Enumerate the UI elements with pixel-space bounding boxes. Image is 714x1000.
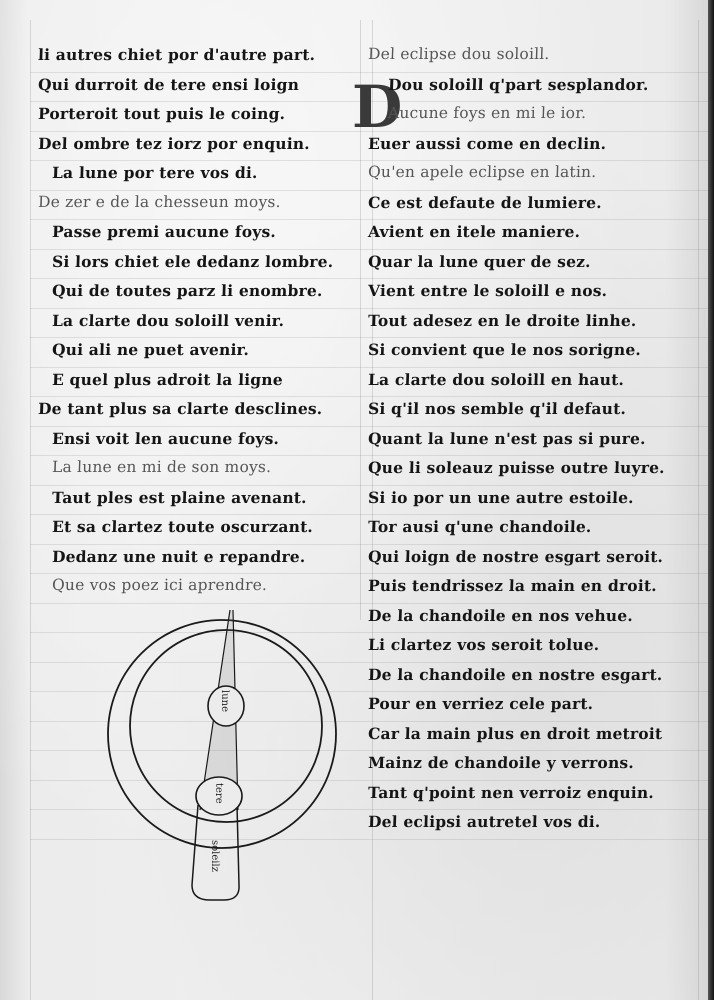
verse-line: La lune por tere vos di.: [37, 158, 378, 188]
verse-line: Puis tendrissez la main en droit.: [367, 571, 708, 601]
verse-line: Tout adesez en le droite linhe.: [367, 306, 708, 336]
verse-line: Tor ausi q'une chandoile.: [367, 512, 708, 542]
verse-line: Passe premi aucune foys.: [37, 217, 378, 247]
verse-line: La clarte dou soloill venir.: [37, 306, 378, 336]
verse-line: Euer aussi come en declin.: [367, 129, 708, 159]
verse-line: Dou soloill q'part sesplandor.: [367, 70, 708, 100]
verse-line: Del eclipsi autretel vos di.: [367, 807, 708, 837]
moon-label: lune: [219, 690, 230, 712]
verse-line: Vient entre le soloill e nos.: [367, 276, 708, 306]
verse-line: Dedanz une nuit e repandre.: [37, 542, 378, 572]
verse-line: Taut ples est plaine avenant.: [37, 483, 378, 513]
verse-line: De tant plus sa clarte desclines.: [37, 394, 378, 424]
margin-line: [30, 20, 31, 1000]
verse-line: Qui durroit de tere ensi loign: [37, 70, 378, 100]
verse-line: De la chandoile en nos vehue.: [367, 601, 708, 631]
page-edge-shadow: [708, 0, 714, 1000]
verse-line: Li clartez vos seroit tolue.: [367, 630, 708, 660]
verse-line: Qui loign de nostre esgart seroit.: [367, 542, 708, 572]
verse-line: De zer e de la chesseun moys.: [37, 188, 378, 218]
verse-line: Si lors chiet ele dedanz lombre.: [37, 247, 378, 277]
verse-line: Si convient que le nos sorigne.: [367, 335, 708, 365]
verse-line: Si io por un une autre estoile.: [367, 483, 708, 513]
verse-line: Et sa clartez toute oscurzant.: [37, 512, 378, 542]
verse-line: Del ombre tez iorz por enquin.: [37, 129, 378, 159]
section-heading: Del eclipse dou soloill.: [367, 40, 708, 70]
verse-line: Qu'en apele eclipse en latin.: [367, 158, 708, 188]
verse-line: Quant la lune n'est pas si pure.: [367, 424, 708, 454]
verse-line: E quel plus adroit la ligne: [37, 365, 378, 395]
verse-line: La lune en mi de son moys.: [37, 453, 378, 483]
verse-line: Pour en verriez cele part.: [367, 689, 708, 719]
verse-line: Mainz de chandoile y verrons.: [367, 748, 708, 778]
verse-line: Que li soleauz puisse outre luyre.: [367, 453, 708, 483]
verse-line: Qui de toutes parz li enombre.: [37, 276, 378, 306]
verse-line: La clarte dou soloill en haut.: [367, 365, 708, 395]
verse-line: Car la main plus en droit metroit: [367, 719, 708, 749]
verse-line: De la chandoile en nostre esgart.: [367, 660, 708, 690]
manuscript-page: li autres chiet por d'autre part. Qui du…: [0, 0, 708, 1000]
verse-line: Quar la lune quer de sez.: [367, 247, 708, 277]
verse-line: Aucune foys en mi le ior.: [367, 99, 708, 129]
verse-line: Porteroit tout puis le coing.: [37, 99, 378, 129]
verse-line: Que vos poez ici aprendre.: [37, 571, 378, 601]
right-column: Del eclipse dou soloill. Dou soloill q'p…: [368, 40, 708, 837]
eclipse-diagram: lune tere soleilz: [100, 600, 350, 910]
verse-line: Ce est defaute de lumiere.: [367, 188, 708, 218]
verse-line: li autres chiet por d'autre part.: [37, 40, 378, 70]
left-column: li autres chiet por d'autre part. Qui du…: [38, 40, 378, 601]
sun-label: soleilz: [209, 840, 220, 872]
verse-line: Si q'il nos semble q'il defaut.: [367, 394, 708, 424]
earth-label: tere: [213, 783, 224, 804]
verse-line: Avient en itele maniere.: [367, 217, 708, 247]
verse-line: Tant q'point nen verroiz enquin.: [367, 778, 708, 808]
verse-line: Qui ali ne puet avenir.: [37, 335, 378, 365]
verse-line: Ensi voit len aucune foys.: [37, 424, 378, 454]
